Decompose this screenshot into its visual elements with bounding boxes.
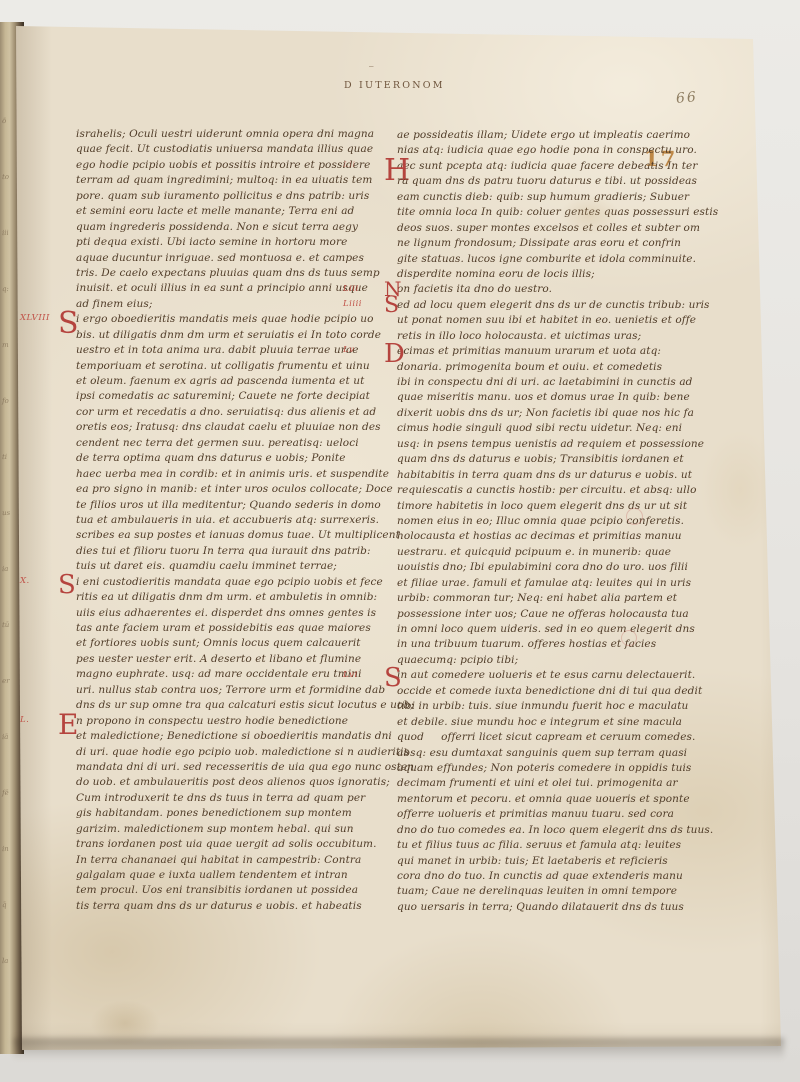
text-line: Cum introduxerit te dns ds tuus in terra… [76, 791, 392, 806]
parchment-page: ‾ D IUTERONOM 66 66 17 israhelis; Oculi … [0, 0, 800, 1082]
line-text: tem procul. Uos eni transibitis iordanen… [76, 884, 358, 896]
line-text: tuam; Caue ne derelinquas leuiten in omn… [397, 885, 677, 897]
text-line: do uob. et ambulaueritis post deos alien… [76, 775, 392, 790]
text-line: En propono in conspectu uestro hodie ben… [76, 714, 392, 729]
line-text: usq: in psens tempus uenistis ad requiem… [397, 438, 704, 450]
text-line: qui manet in urbib: tuis; Et laetaberis … [397, 854, 727, 869]
text-line: cor urm et recedatis a dno. seruiatisq: … [76, 405, 392, 420]
text-line: israhelis; Oculi uestri uiderunt omnia o… [76, 127, 392, 142]
marginal-chapter-numeral: Lv [343, 345, 354, 355]
line-text: donaria. primogenita boum et ouiu. et co… [397, 361, 662, 373]
text-line: pti dequa existi. Ubi iacto semine in ho… [76, 235, 392, 250]
red-ring-mark [626, 508, 643, 525]
line-text: ae possideatis illam; Uidete ergo ut imp… [397, 129, 690, 141]
text-line: cendent nec terra det germen suu. pereat… [76, 436, 392, 451]
text-line: in omni loco quem uideris. sed in eo que… [397, 622, 727, 637]
line-text: do uob. et ambulaueritis post deos alien… [76, 776, 390, 788]
line-text: galgalam quae e iuxta uallem tendentem e… [76, 869, 348, 881]
text-line: et oleum. faenum ex agris ad pascenda iu… [76, 374, 392, 389]
line-text: requiescatis a cunctis hostib: per circu… [397, 484, 697, 496]
line-text: et oleum. faenum ex agris ad pascenda iu… [76, 375, 364, 387]
line-text: i ergo oboedieritis mandatis meis quae h… [76, 313, 374, 325]
text-line: ra quam dns ds patru tuoru daturus e tib… [397, 174, 727, 189]
text-line: donaria. primogenita boum et ouiu. et co… [397, 360, 727, 375]
line-text: mentorum et pecoru. et omnia quae uoueri… [397, 793, 690, 805]
line-text: scribes ea sup postes et ianuas domus tu… [76, 529, 400, 541]
line-text: tuis ut daret eis. quamdiu caelu imminet… [76, 560, 337, 572]
text-line: uouistis dno; Ibi epulabimini cora dno d… [397, 560, 727, 575]
text-line: disperdite nomina eoru de locis illis; [397, 267, 727, 282]
line-text: in una tribuum tuarum. offeres hostias e… [397, 638, 656, 650]
text-line: offerre uolueris et primitias manuu tuar… [397, 807, 727, 822]
text-line: et semini eoru lacte et melle manante; T… [76, 204, 392, 219]
line-text: tas ante faciem uram et possidebitis eas… [76, 622, 371, 634]
text-line: quae miseritis manu. uos et domus urae I… [397, 390, 727, 405]
line-text: et filiae urae. famuli et famulae atq: l… [397, 577, 691, 589]
text-line: tibi in urbib: tuis. siue inmundu fuerit… [397, 699, 727, 714]
marginal-chapter-numeral: X. [20, 576, 30, 586]
text-line: Sed ad locu quem elegerit dns ds ur de c… [397, 298, 727, 313]
text-line: habitabitis in terra quam dns ds ur datu… [397, 468, 727, 483]
line-text: tis terra quam dns ds ur daturus e uobis… [76, 900, 362, 912]
text-line: ae possideatis illam; Uidete ergo ut imp… [397, 128, 727, 143]
text-line: nias atq: iudicia quae ego hodie pona in… [397, 143, 727, 158]
line-text: dixerit uobis dns ds ur; Non facietis ib… [397, 407, 694, 419]
line-text: et maledictione; Benedictione si oboedie… [76, 730, 392, 742]
line-text: terram ad quam ingredimini; multoq: in e… [76, 174, 372, 186]
line-text: ibi in conspectu dni di uri. ac laetabim… [397, 376, 693, 388]
line-text: oretis eos; Iratusq: dns claudat caelu e… [76, 421, 381, 433]
line-text: In terra chananaei qui habitat in campes… [76, 854, 361, 866]
text-line: cimus hodie singuli quod sibi rectu uide… [397, 421, 727, 436]
text-line: gis habitandam. pones benedictionem sup … [76, 806, 392, 821]
text-line: quod offerri licet sicut capream et ceru… [397, 730, 727, 745]
text-line: dies tui et filioru tuoru In terra qua i… [76, 544, 392, 559]
parchment-stain [700, 430, 780, 550]
line-text: urbib: commoran tur; Neq: eni habet alia… [397, 592, 677, 604]
line-text: possessione inter uos; Caue ne offeras h… [397, 608, 689, 620]
text-line: terram ad quam ingredimini; multoq: in e… [76, 173, 392, 188]
line-text: pes uester uester erit. A deserto et lib… [76, 653, 361, 665]
text-line: Si eni custodieritis mandata quae ego pc… [76, 575, 392, 590]
line-text: cendent nec terra det germen suu. pereat… [76, 437, 359, 449]
line-text: deos suos. super montes excelsos et coll… [397, 222, 700, 234]
text-line: Haec sunt pcepta atq: iudicia quae facer… [397, 159, 727, 174]
line-text: ego hodie pcipio uobis et possitis intro… [76, 159, 370, 171]
line-text: te filios uros ut illa meditentur; Quand… [76, 499, 381, 511]
text-line: dns ds ur sup omne tra qua calcaturi est… [76, 698, 392, 713]
line-text: pti dequa existi. Ubi iacto semine in ho… [76, 236, 347, 248]
show-through-glyph: er [2, 677, 10, 685]
show-through-glyph: iā [2, 733, 9, 741]
line-text: offerre uolueris et primitias manuu tuar… [397, 808, 674, 820]
line-text: quod offerri licet sicut capream et ceru… [397, 731, 695, 743]
line-text: in aut comedere uolueris et te esus carn… [397, 669, 695, 681]
text-line: usq: in psens tempus uenistis ad requiem… [397, 437, 727, 452]
line-text: israhelis; Oculi uestri uiderunt omnia o… [76, 128, 374, 140]
text-line: ea pro signo in manib: et inter uros ocu… [76, 482, 392, 497]
line-text: di uri. quae hodie ego pcipio uob. maled… [76, 746, 409, 758]
line-text: i eni custodieritis mandata quae ego pci… [76, 576, 383, 588]
line-text: et debile. siue mundu hoc e integrum et … [397, 716, 682, 728]
text-line: mandata dni di uri. sed recesseritis de … [76, 760, 392, 775]
text-line: Decimas et primitias manuum urarum et uo… [397, 344, 727, 359]
show-through-glyph: la [2, 957, 9, 965]
text-line: absq: esu dumtaxat sanguinis quem sup te… [397, 746, 727, 761]
text-line: galgalam quae e iuxta uallem tendentem e… [76, 868, 392, 883]
line-text: haec uerba mea in cordib: et in animis u… [76, 468, 389, 480]
text-line: uiis eius adhaerentes ei. disperdet dns … [76, 606, 392, 621]
text-line: tua et ambulaueris in uia. et accubueris… [76, 513, 392, 528]
marginal-chapter-numeral: Lii [343, 160, 356, 170]
line-text: nias atq: iudicia quae ego hodie pona in… [397, 144, 697, 156]
text-line: tris. De caelo expectans pluuias quam dn… [76, 266, 392, 281]
line-text: quo uersaris in terra; Quando dilataueri… [397, 901, 684, 913]
line-text: gite statuas. lucos igne comburite et id… [397, 253, 696, 265]
text-line: In terra chananaei qui habitat in campes… [76, 853, 392, 868]
text-line: gite statuas. lucos igne comburite et id… [397, 252, 727, 267]
line-text: habitabitis in terra quam dns ds ur datu… [397, 469, 692, 481]
line-text: gis habitandam. pones benedictionem sup … [76, 807, 352, 819]
text-line: timore habitetis in loco quem elegerit d… [397, 499, 727, 514]
line-text: dies tui et filioru tuoru In terra qua i… [76, 545, 371, 557]
text-line: bis. ut diligatis dnm dm urm et seruiati… [76, 328, 392, 343]
text-line: de terra optima quam dns daturus e uobis… [76, 451, 392, 466]
line-text: aec sunt pcepta atq: iudicia quae facere… [397, 160, 697, 172]
line-text: on facietis ita dno do uestro. [397, 283, 552, 295]
text-line: pes uester uester erit. A deserto et lib… [76, 652, 392, 667]
text-line: et maledictione; Benedictione si oboedie… [76, 729, 392, 744]
text-line: dixerit uobis dns ds ur; Non facietis ib… [397, 406, 727, 421]
text-line: decimam frumenti et uini et olei tui. pr… [397, 776, 727, 791]
line-text: bis. ut diligatis dnm dm urm et seruiati… [76, 329, 381, 341]
parchment-stain [560, 195, 620, 235]
line-text: absq: esu dumtaxat sanguinis quem sup te… [397, 747, 687, 759]
line-text: ritis ea ut diligatis dnm dm urm. et amb… [76, 591, 377, 603]
line-text: mandata dni di uri. sed recesseritis de … [76, 761, 414, 773]
line-text: inuisit. et oculi illius in ea sunt a pr… [76, 282, 368, 294]
folio-number: 66 [675, 89, 698, 107]
text-line: in una tribuum tuarum. offeres hostias e… [397, 637, 727, 652]
line-text: cimus hodie singuli quod sibi rectu uide… [397, 422, 682, 434]
text-line: urbib: commoran tur; Neq: eni habet alia… [397, 591, 727, 606]
text-line: occide et comede iuxta benedictione dni … [397, 684, 727, 699]
text-line: te filios uros ut illa meditentur; Quand… [76, 498, 392, 513]
text-line: uri. nullus stab contra uos; Terrore urm… [76, 683, 392, 698]
line-text: quaecumq: pcipio tibi; [397, 654, 518, 666]
line-text: ra quam dns ds patru tuoru daturus e tib… [397, 175, 697, 187]
text-line: ipsi comedatis ac saturemini; Cauete ne … [76, 389, 392, 404]
text-line: Non facietis ita dno do uestro. [397, 282, 727, 297]
marginal-chapter-numeral: XLVIII [20, 313, 50, 323]
line-text: retis in illo loco holocausta. et uictim… [397, 330, 641, 342]
text-line: tuis ut daret eis. quamdiu caelu imminet… [76, 559, 392, 574]
text-line: dno do tuo comedes ea. In loco quem eleg… [397, 823, 727, 838]
text-line: haec uerba mea in cordib: et in animis u… [76, 467, 392, 482]
text-line: holocausta et hostias ac decimas et prim… [397, 529, 727, 544]
text-column-right: ae possideatis illam; Uidete ergo ut imp… [397, 128, 727, 915]
line-text: quae miseritis manu. uos et domus urae I… [397, 391, 690, 403]
text-line: quo uersaris in terra; Quando dilataueri… [397, 900, 727, 915]
line-text: qui manet in urbib: tuis; Et laetaberis … [397, 855, 668, 867]
red-ring-mark [621, 630, 637, 646]
line-text: cor urm et recedatis a dno. seruiatisq: … [76, 406, 376, 418]
line-text: Cum introduxerit te dns ds tuus in terra… [76, 792, 365, 804]
line-text: ea pro signo in manib: et inter uros ocu… [76, 483, 393, 495]
show-through-glyph: iii [2, 229, 9, 237]
line-text: ad finem eius; [76, 298, 153, 310]
corner-inscription: 66 [757, 27, 771, 39]
show-through-glyph: ō [2, 117, 6, 125]
header-flourish-mark: ‾ [369, 66, 374, 76]
line-text: aquae ducuntur inriguae. sed montuosa e.… [76, 252, 364, 264]
line-text: ecimas et primitias manuum urarum et uot… [397, 345, 661, 357]
line-text: dns ds ur sup omne tra qua calcaturi est… [76, 699, 414, 711]
line-text: in omni loco quem uideris. sed in eo que… [397, 623, 695, 635]
text-line: quaecumq: pcipio tibi; [397, 653, 727, 668]
text-line: aquam effundes; Non poteris comedere in … [397, 761, 727, 776]
text-line: possessione inter uos; Caue ne offeras h… [397, 607, 727, 622]
text-line: garizim. maledictionem sup montem hebal.… [76, 822, 392, 837]
line-text: eam cunctis dieb: quib: sup humum gradie… [397, 191, 689, 203]
marginal-chapter-numeral: Lvi [343, 670, 358, 680]
line-text: ne lignum frondosum; Dissipate aras eoru… [397, 237, 681, 249]
show-through-glyph: tū [2, 621, 10, 629]
line-text: garizim. maledictionem sup montem hebal.… [76, 823, 354, 835]
page-bottom-shadow [14, 1038, 784, 1060]
show-through-glyph: m [2, 341, 9, 349]
line-text: tibi in urbib: tuis. siue inmundu fuerit… [397, 700, 688, 712]
text-line: retis in illo loco holocausta. et uictim… [397, 329, 727, 344]
text-line: temporiuam et serotina. ut colligatis fr… [76, 359, 392, 374]
line-text: uri. nullus stab contra uos; Terrore urm… [76, 684, 385, 696]
manuscript-photo: ōtoiiiq:mfotiusiatūeriāfēinq̄la ‾ D IUTE… [0, 0, 800, 1082]
text-line: tem procul. Uos eni transibitis iordanen… [76, 883, 392, 898]
text-line: quam dns ds daturus e uobis; Transibitis… [397, 452, 727, 467]
line-text: tua et ambulaueris in uia. et accubueris… [76, 514, 379, 526]
marginal-chapter-numeral: Liiii [343, 299, 362, 309]
marginal-chapter-numeral: L. [20, 715, 29, 725]
show-through-glyph: fē [2, 789, 9, 797]
text-line: Si ergo oboedieritis mandatis meis quae … [76, 312, 392, 327]
line-text: uestraru. et quicquid pcipuum e. in mune… [397, 546, 671, 558]
line-text: dno do tuo comedes ea. In loco quem eleg… [397, 824, 713, 836]
text-line: di uri. quae hodie ego pcipio uob. maled… [76, 745, 392, 760]
line-text: uestro et in tota anima ura. dabit pluui… [76, 344, 359, 356]
text-line: Sin aut comedere uolueris et te esus car… [397, 668, 727, 683]
text-line: quam ingrederis possidenda. Non e sicut … [76, 220, 392, 235]
line-text: disperdite nomina eoru de locis illis; [397, 268, 595, 280]
text-line: mentorum et pecoru. et omnia quae uoueri… [397, 792, 727, 807]
text-line: tas ante faciem uram et possidebitis eas… [76, 621, 392, 636]
show-through-glyph: ia [2, 565, 9, 573]
text-line: nomen eius in eo; Illuc omnia quae pcipi… [397, 514, 727, 529]
text-line: uestraru. et quicquid pcipuum e. in mune… [397, 545, 727, 560]
show-through-glyph: q: [2, 285, 9, 293]
line-text: ed ad locu quem elegerit dns ds ur de cu… [397, 299, 710, 311]
show-through-glyph: to [2, 173, 9, 181]
text-column-left: israhelis; Oculi uestri uiderunt omnia o… [76, 127, 392, 914]
text-line: ne lignum frondosum; Dissipate aras eoru… [397, 236, 727, 251]
line-text: tu et filius tuus ac filia. seruus et fa… [397, 839, 681, 851]
text-line: aquae ducuntur inriguae. sed montuosa e.… [76, 251, 392, 266]
text-line: ritis ea ut diligatis dnm dm urm. et amb… [76, 590, 392, 605]
text-line: cora dno do tuo. In cunctis ad quae exte… [397, 869, 727, 884]
line-text: quam dns ds daturus e uobis; Transibitis… [397, 453, 684, 465]
text-line: trans iordanen post uia quae uergit ad s… [76, 837, 392, 852]
line-text: timore habitetis in loco quem elegerit d… [397, 500, 687, 512]
line-text: cora dno do tuo. In cunctis ad quae exte… [397, 870, 683, 882]
line-text: quam ingrederis possidenda. Non e sicut … [76, 221, 358, 233]
line-text: n propono in conspectu uestro hodie bene… [76, 715, 348, 727]
text-line: ibi in conspectu dni di uri. ac laetabim… [397, 375, 727, 390]
line-text: uiis eius adhaerentes ei. disperdet dns … [76, 607, 376, 619]
text-line: tis terra quam dns ds ur daturus e uobis… [76, 899, 392, 914]
text-line: quae fecit. Ut custodiatis uniuersa mand… [76, 142, 392, 157]
line-text: de terra optima quam dns daturus e uobis… [76, 452, 346, 464]
line-text: decimam frumenti et uini et olei tui. pr… [397, 777, 678, 789]
show-through-glyph: in [2, 845, 9, 853]
line-text: magno euphrate. usq: ad mare occidentale… [76, 668, 362, 680]
line-text: tris. De caelo expectans pluuias quam dn… [76, 267, 380, 279]
text-line: eam cunctis dieb: quib: sup humum gradie… [397, 190, 727, 205]
text-line: pore. quam sub iuramento pollicitus e dn… [76, 189, 392, 204]
text-line: scribes ea sup postes et ianuas domus tu… [76, 528, 392, 543]
running-title: D IUTERONOM [344, 80, 445, 91]
line-text: uouistis dno; Ibi epulabimini cora dno d… [397, 561, 688, 573]
line-text: pore. quam sub iuramento pollicitus e dn… [76, 190, 369, 202]
line-text: ipsi comedatis ac saturemini; Cauete ne … [76, 390, 370, 402]
show-through-glyph: ti [2, 453, 7, 461]
line-text: temporiuam et serotina. ut colligatis fr… [76, 360, 370, 372]
show-through-glyph: q̄ [2, 901, 7, 909]
text-line: tuam; Caue ne derelinquas leuiten in omn… [397, 884, 727, 899]
text-line: tu et filius tuus ac filia. seruus et fa… [397, 838, 727, 853]
text-line: oretis eos; Iratusq: dns claudat caelu e… [76, 420, 392, 435]
rubricated-initial: S [58, 572, 76, 598]
line-text: et fortiores uobis sunt; Omnis locus que… [76, 637, 361, 649]
text-line: et filiae urae. famuli et famulae atq: l… [397, 576, 727, 591]
line-text: occide et comede iuxta benedictione dni … [397, 685, 702, 697]
text-line: ut ponat nomen suu ibi et habitet in eo.… [397, 313, 727, 328]
line-text: tite omnia loca In quib: coluer gentes q… [397, 206, 718, 218]
text-line: et fortiores uobis sunt; Omnis locus que… [76, 636, 392, 651]
marginal-chapter-numeral: Liii [343, 284, 359, 294]
line-text: quae fecit. Ut custodiatis uniuersa mand… [76, 143, 373, 155]
line-text: et semini eoru lacte et melle manante; T… [76, 205, 354, 217]
line-text: ut ponat nomen suu ibi et habitet in eo.… [397, 314, 696, 326]
line-text: trans iordanen post uia quae uergit ad s… [76, 838, 377, 850]
text-line: et debile. siue mundu hoc e integrum et … [397, 715, 727, 730]
text-line: requiescatis a cunctis hostib: per circu… [397, 483, 727, 498]
show-through-glyph: us [2, 509, 10, 517]
line-text: aquam effundes; Non poteris comedere in … [397, 762, 691, 774]
show-through-glyph: fo [2, 397, 9, 405]
line-text: holocausta et hostias ac decimas et prim… [397, 530, 682, 542]
